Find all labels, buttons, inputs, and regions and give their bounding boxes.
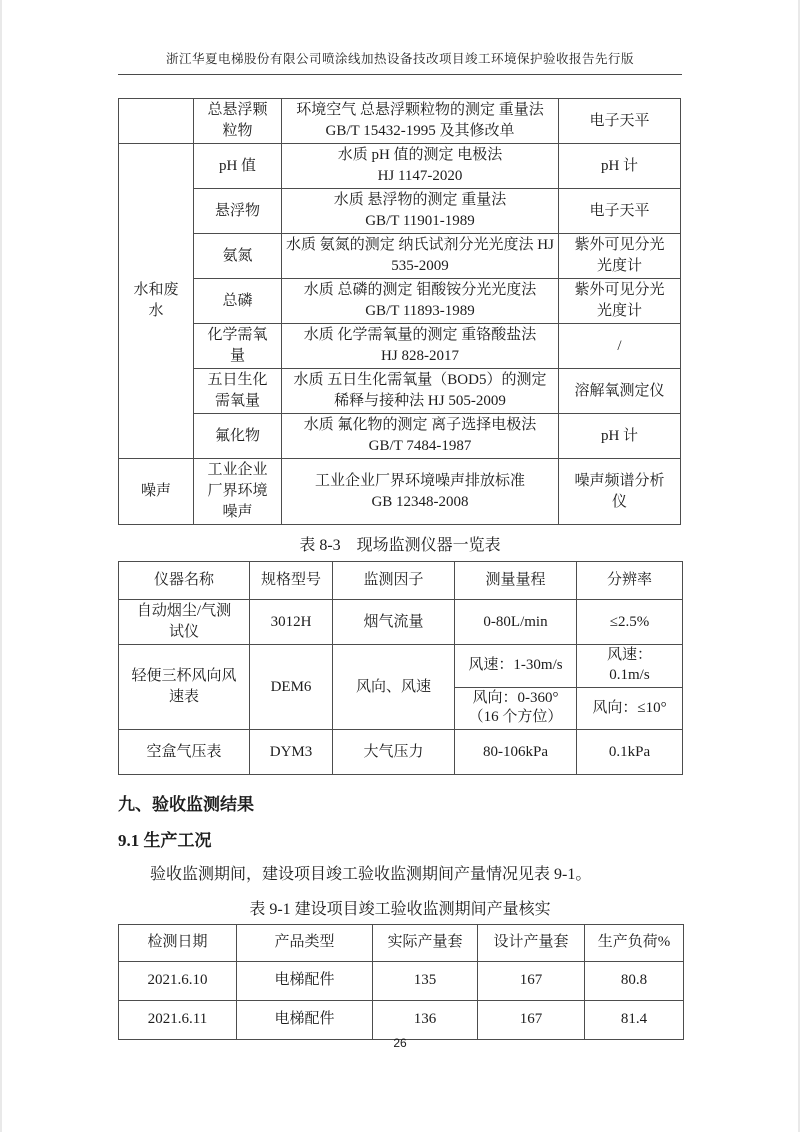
factor-cell: 烟气流量: [333, 600, 455, 645]
load-cell: 81.4: [585, 1000, 684, 1039]
method-cell: 水质 pH 值的测定 电极法 HJ 1147-2020: [282, 144, 559, 189]
table-row: 水和废水 pH 值 水质 pH 值的测定 电极法 HJ 1147-2020 pH…: [119, 144, 681, 189]
instrument-cell: 电子天平: [559, 189, 681, 234]
range-split: 风速：1-30m/s 风向：0-360° （16 个方位）: [455, 645, 576, 729]
factor-cell: 大气压力: [333, 730, 455, 775]
instrument-cell: 紫外可见分光光度计: [559, 279, 681, 324]
group-cell-water: 水和废水: [119, 144, 194, 459]
product-cell: 电梯配件: [237, 961, 373, 1000]
instrument-cell: 电子天平: [559, 99, 681, 144]
header-model: 规格型号: [250, 562, 333, 600]
header-instrument-name: 仪器名称: [119, 562, 250, 600]
model-cell: DYM3: [250, 730, 333, 775]
instrument-name-cell: 空盒气压表: [119, 730, 250, 775]
production-table: 检测日期 产品类型 实际产量套 设计产量套 生产负荷% 2021.6.10 电梯…: [118, 924, 684, 1040]
table-header-row: 仪器名称 规格型号 监测因子 测量量程 分辨率: [119, 562, 683, 600]
method-cell: 水质 五日生化需氧量（BOD5）的测定 稀释与接种法 HJ 505-2009: [282, 369, 559, 414]
date-cell: 2021.6.10: [119, 961, 237, 1000]
header-production-load: 生产负荷%: [585, 924, 684, 961]
model-cell: 3012H: [250, 600, 333, 645]
table-row: 氟化物 水质 氟化物的测定 离子选择电极法 GB/T 7484-1987 pH …: [119, 414, 681, 459]
method-cell: 水质 氨氮的测定 纳氏试剂分光光度法 HJ 535-2009: [282, 234, 559, 279]
factor-cell: 氨氮: [194, 234, 282, 279]
design-output-cell: 167: [478, 961, 585, 1000]
group-cell-empty: [119, 99, 194, 144]
factor-cell: 化学需氧量: [194, 324, 282, 369]
instrument-name-cell: 轻便三杯风向风速表: [119, 645, 250, 730]
design-output-cell: 167: [478, 1000, 585, 1039]
actual-output-cell: 135: [373, 961, 478, 1000]
table-row: 氨氮 水质 氨氮的测定 纳氏试剂分光光度法 HJ 535-2009 紫外可见分光…: [119, 234, 681, 279]
range-cell: 风速：1-30m/s 风向：0-360° （16 个方位）: [455, 645, 577, 730]
resolution-cell: ≤2.5%: [577, 600, 683, 645]
resolution-cell: 0.1kPa: [577, 730, 683, 775]
table-row: 悬浮物 水质 悬浮物的测定 重量法 GB/T 11901-1989 电子天平: [119, 189, 681, 234]
table-8-3-caption: 表 8-3 现场监测仪器一览表: [118, 532, 682, 555]
model-cell: DEM6: [250, 645, 333, 730]
instrument-cell: 溶解氧测定仪: [559, 369, 681, 414]
table-row: 轻便三杯风向风速表 DEM6 风向、风速 风速：1-30m/s 风向：0-360…: [119, 645, 683, 730]
factor-cell: 五日生化需氧量: [194, 369, 282, 414]
monitoring-methods-table: 总悬浮颗粒物 环境空气 总悬浮颗粒物的测定 重量法 GB/T 15432-199…: [118, 98, 681, 525]
factor-cell: 总磷: [194, 279, 282, 324]
factor-cell: 悬浮物: [194, 189, 282, 234]
resolution-split: 风速： 0.1m/s 风向：≤10°: [577, 645, 682, 729]
instrument-cell: 紫外可见分光光度计: [559, 234, 681, 279]
table-row: 2021.6.11 电梯配件 136 167 81.4: [119, 1000, 684, 1039]
resolution-direction: 风向：≤10°: [577, 688, 682, 730]
table-header-row: 检测日期 产品类型 实际产量套 设计产量套 生产负荷%: [119, 924, 684, 961]
table-row: 噪声 工业企业厂界环境噪声 工业企业厂界环境噪声排放标准 GB 12348-20…: [119, 459, 681, 525]
instrument-name-cell: 自动烟尘/气测试仪: [119, 600, 250, 645]
method-cell: 水质 氟化物的测定 离子选择电极法 GB/T 7484-1987: [282, 414, 559, 459]
range-cell: 80-106kPa: [455, 730, 577, 775]
method-cell: 工业企业厂界环境噪声排放标准 GB 12348-2008: [282, 459, 559, 525]
method-cell: 水质 化学需氧量的测定 重铬酸盐法 HJ 828-2017: [282, 324, 559, 369]
actual-output-cell: 136: [373, 1000, 478, 1039]
range-direction: 风向：0-360° （16 个方位）: [455, 688, 576, 730]
header-date: 检测日期: [119, 924, 237, 961]
resolution-speed: 风速： 0.1m/s: [577, 645, 682, 688]
page-number: 26: [2, 1036, 798, 1050]
range-speed: 风速：1-30m/s: [455, 645, 576, 688]
table-row: 总悬浮颗粒物 环境空气 总悬浮颗粒物的测定 重量法 GB/T 15432-199…: [119, 99, 681, 144]
instrument-cell: pH 计: [559, 414, 681, 459]
factor-cell: 氟化物: [194, 414, 282, 459]
range-cell: 0-80L/min: [455, 600, 577, 645]
factor-cell: pH 值: [194, 144, 282, 189]
document-header-title: 浙江华夏电梯股份有限公司喷涂线加热设备技改项目竣工环境保护验收报告先行版: [118, 49, 682, 75]
factor-cell: 风向、风速: [333, 645, 455, 730]
table-row: 自动烟尘/气测试仪 3012H 烟气流量 0-80L/min ≤2.5%: [119, 600, 683, 645]
method-cell: 环境空气 总悬浮颗粒物的测定 重量法 GB/T 15432-1995 及其修改单: [282, 99, 559, 144]
table-row: 总磷 水质 总磷的测定 钼酸铵分光光度法 GB/T 11893-1989 紫外可…: [119, 279, 681, 324]
section-9-1-paragraph: 验收监测期间，建设项目竣工验收监测期间产量情况见表 9-1。: [118, 862, 682, 888]
table-row: 2021.6.10 电梯配件 135 167 80.8: [119, 961, 684, 1000]
document-page: 浙江华夏电梯股份有限公司喷涂线加热设备技改项目竣工环境保护验收报告先行版 总悬浮…: [0, 0, 800, 1132]
table-row: 空盒气压表 DYM3 大气压力 80-106kPa 0.1kPa: [119, 730, 683, 775]
instrument-cell: /: [559, 324, 681, 369]
header-factor: 监测因子: [333, 562, 455, 600]
page-content: 浙江华夏电梯股份有限公司喷涂线加热设备技改项目竣工环境保护验收报告先行版 总悬浮…: [118, 0, 682, 1040]
header-range: 测量量程: [455, 562, 577, 600]
header-design-output: 设计产量套: [478, 924, 585, 961]
group-cell-noise: 噪声: [119, 459, 194, 525]
table-row: 五日生化需氧量 水质 五日生化需氧量（BOD5）的测定 稀释与接种法 HJ 50…: [119, 369, 681, 414]
table-9-1-caption: 表 9-1 建设项目竣工验收监测期间产量核实: [118, 896, 682, 919]
resolution-cell: 风速： 0.1m/s 风向：≤10°: [577, 645, 683, 730]
instrument-cell: pH 计: [559, 144, 681, 189]
date-cell: 2021.6.11: [119, 1000, 237, 1039]
header-actual-output: 实际产量套: [373, 924, 478, 961]
product-cell: 电梯配件: [237, 1000, 373, 1039]
load-cell: 80.8: [585, 961, 684, 1000]
method-cell: 水质 悬浮物的测定 重量法 GB/T 11901-1989: [282, 189, 559, 234]
table-row: 化学需氧量 水质 化学需氧量的测定 重铬酸盐法 HJ 828-2017 /: [119, 324, 681, 369]
header-resolution: 分辨率: [577, 562, 683, 600]
factor-cell: 工业企业厂界环境噪声: [194, 459, 282, 525]
factor-cell: 总悬浮颗粒物: [194, 99, 282, 144]
section-9-heading: 九、验收监测结果: [118, 794, 682, 816]
section-9-1-heading: 9.1 生产工况: [118, 830, 682, 852]
instrument-cell: 噪声频谱分析仪: [559, 459, 681, 525]
instruments-table: 仪器名称 规格型号 监测因子 测量量程 分辨率 自动烟尘/气测试仪 3012H …: [118, 561, 683, 775]
method-cell: 水质 总磷的测定 钼酸铵分光光度法 GB/T 11893-1989: [282, 279, 559, 324]
header-product-type: 产品类型: [237, 924, 373, 961]
